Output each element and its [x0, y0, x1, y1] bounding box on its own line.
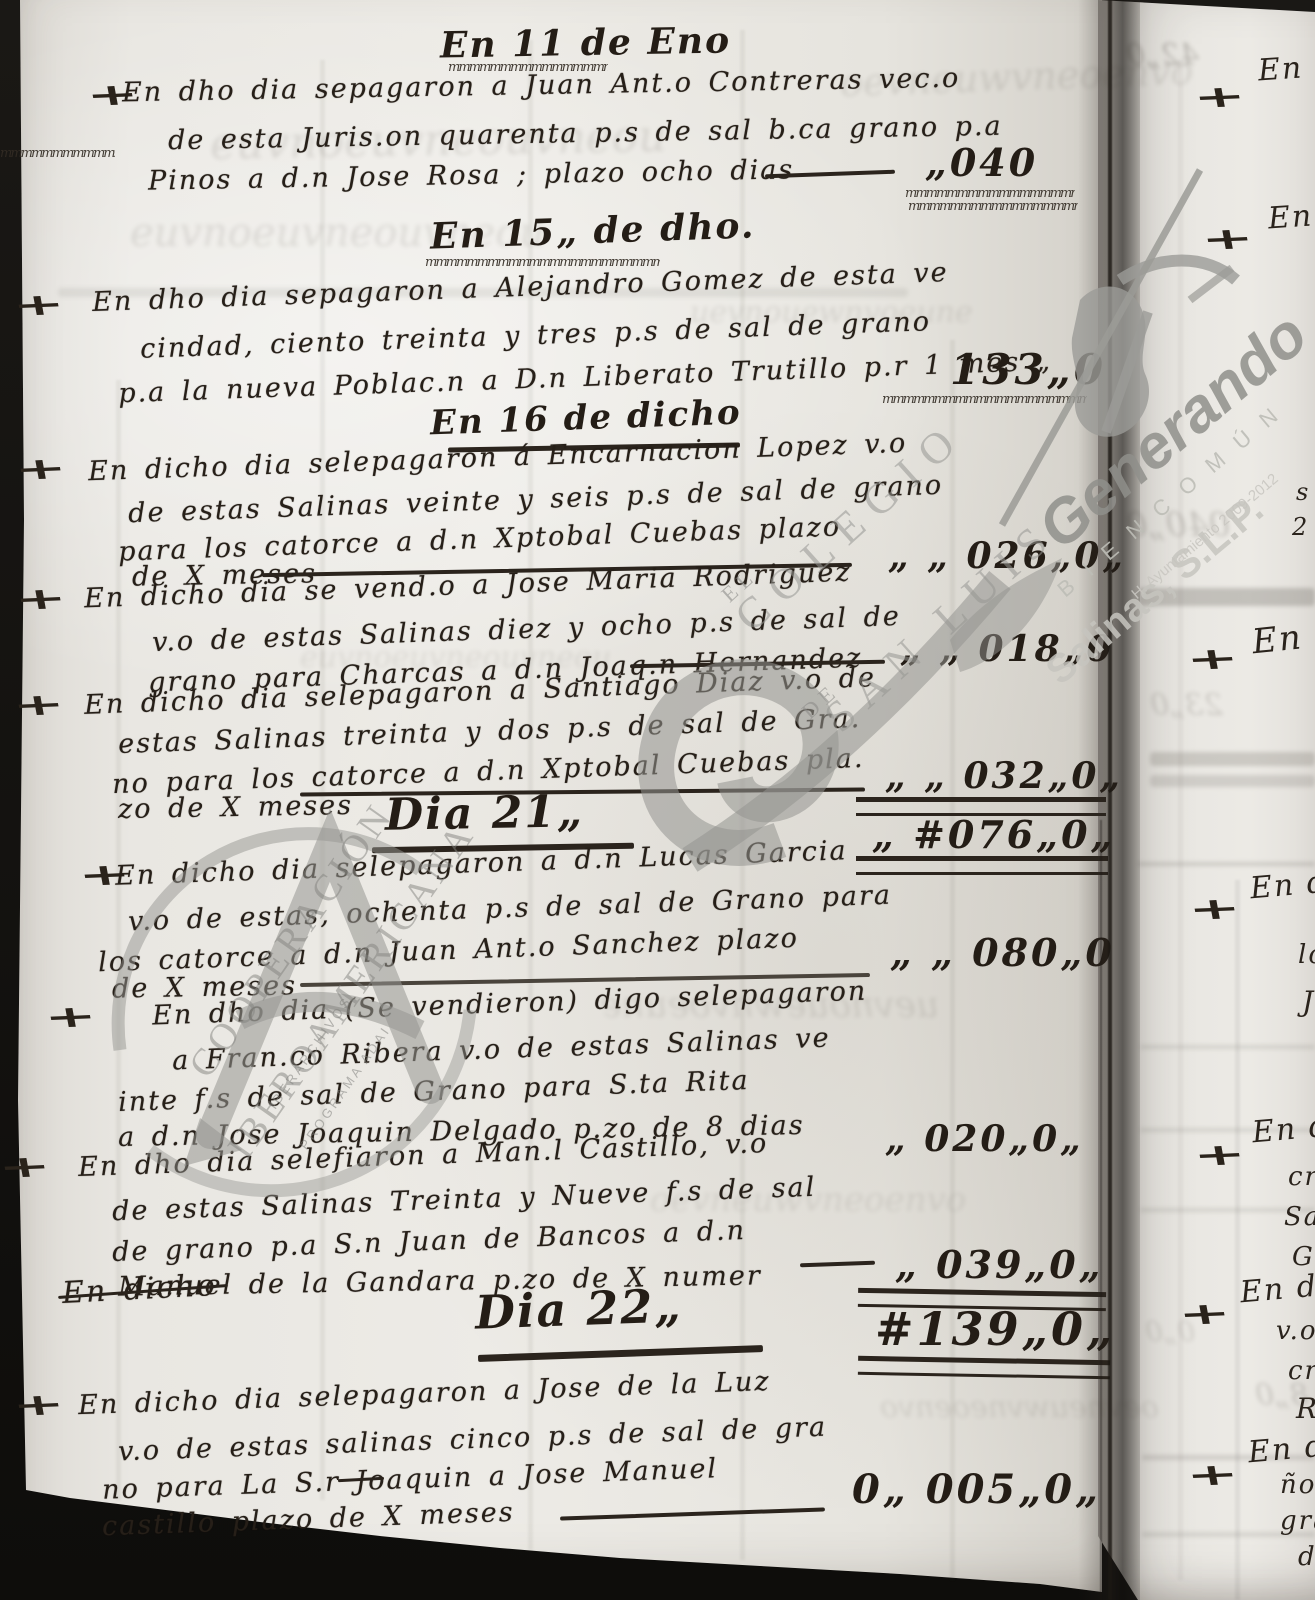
- gutter-crease-line: [1100, 820, 1102, 1600]
- page-fragment: cr: [1288, 1162, 1315, 1192]
- page-fragment: R: [1296, 1392, 1315, 1425]
- bleedthrough-number: 040„0: [1126, 505, 1230, 545]
- margin-squiggle: mmmmmmmmmmmmmmmmmmmmmmmmmmmmmmmmmmmmmmmm: [0, 146, 115, 163]
- amount-squiggle: mmmmmmmmmmmmmmmmmmmmmmmmmmmmmmmmmmmmmmmm: [908, 199, 1078, 216]
- entry-cross-mark: +: [1198, 221, 1257, 258]
- page-fragment: En d: [1249, 865, 1315, 907]
- page-fragment: En: [1257, 50, 1305, 88]
- entry-cross-mark: +: [1185, 891, 1244, 928]
- entry-cross-mark: +: [1183, 1457, 1242, 1494]
- entry-cross-mark: +: [0, 1149, 54, 1186]
- entry-cross-mark: +: [1183, 641, 1242, 678]
- page-fragment: de: [1298, 1542, 1315, 1572]
- entry-cross-mark: +: [1190, 1137, 1249, 1174]
- page-fragment: lo: [1298, 940, 1315, 970]
- entry-cross-mark: +: [1175, 1296, 1234, 1333]
- page-fragment: En: [1267, 198, 1315, 236]
- page-fragment: gra: [1280, 1506, 1315, 1536]
- page-fragment: En d: [1239, 1269, 1315, 1311]
- section-heading: Dia 21„: [385, 786, 585, 840]
- page-fragment: s: [1296, 478, 1310, 506]
- entry-cross-mark: +: [11, 581, 70, 618]
- amount-value: 0„ 005„0„: [852, 1466, 1101, 1513]
- amount-value: „ 039„0„: [895, 1242, 1104, 1287]
- smudge: [1138, 862, 1315, 866]
- smudge: [1150, 752, 1315, 766]
- section-heading: Dia 22„: [474, 1278, 683, 1339]
- page-fragment: 2: [1292, 513, 1309, 541]
- smudge: [1140, 1045, 1315, 1049]
- smudge: [1150, 775, 1315, 787]
- page-fragment: J: [1302, 985, 1315, 1018]
- total-rule: [856, 856, 1108, 875]
- crease-line: [1178, 60, 1183, 1580]
- entry-cross-mark: +: [41, 999, 100, 1036]
- page-fragment: Ga: [1292, 1242, 1315, 1272]
- entry-cross-mark: +: [9, 287, 68, 324]
- page-fragment: v.o: [1276, 1316, 1315, 1346]
- page-fragment: Sa: [1284, 1202, 1315, 1232]
- entry-cross-mark: +: [9, 687, 68, 724]
- amount-value: „040: [925, 140, 1038, 185]
- entry-cross-mark: +: [11, 451, 70, 488]
- gutter-crease-line: [1108, 0, 1112, 1600]
- page-fragment: En a: [1250, 614, 1315, 663]
- scanned-manuscript: euvnoeuvneouvneou oevneuwvneoenvo euvnoe…: [0, 0, 1315, 1600]
- page-fragment: ño: [1280, 1470, 1315, 1500]
- entry-cross-mark: +: [1190, 79, 1249, 116]
- amount-value: „ 020„0„: [885, 1118, 1084, 1160]
- page-fragment: En d: [1251, 1109, 1315, 1151]
- page-fragment: En d: [1247, 1429, 1315, 1471]
- bleedthrough-number: 23„0: [1150, 688, 1223, 723]
- entry-cross-mark: +: [9, 1387, 68, 1424]
- amount-squiggle: mmmmmmmmmmmmmmmmmmmmmmmmmmmmmmmmmmmmmmmm: [882, 392, 1087, 409]
- page-fragment: cr: [1288, 1356, 1315, 1386]
- crease-line: [740, 30, 745, 1560]
- smudge: [1138, 588, 1315, 606]
